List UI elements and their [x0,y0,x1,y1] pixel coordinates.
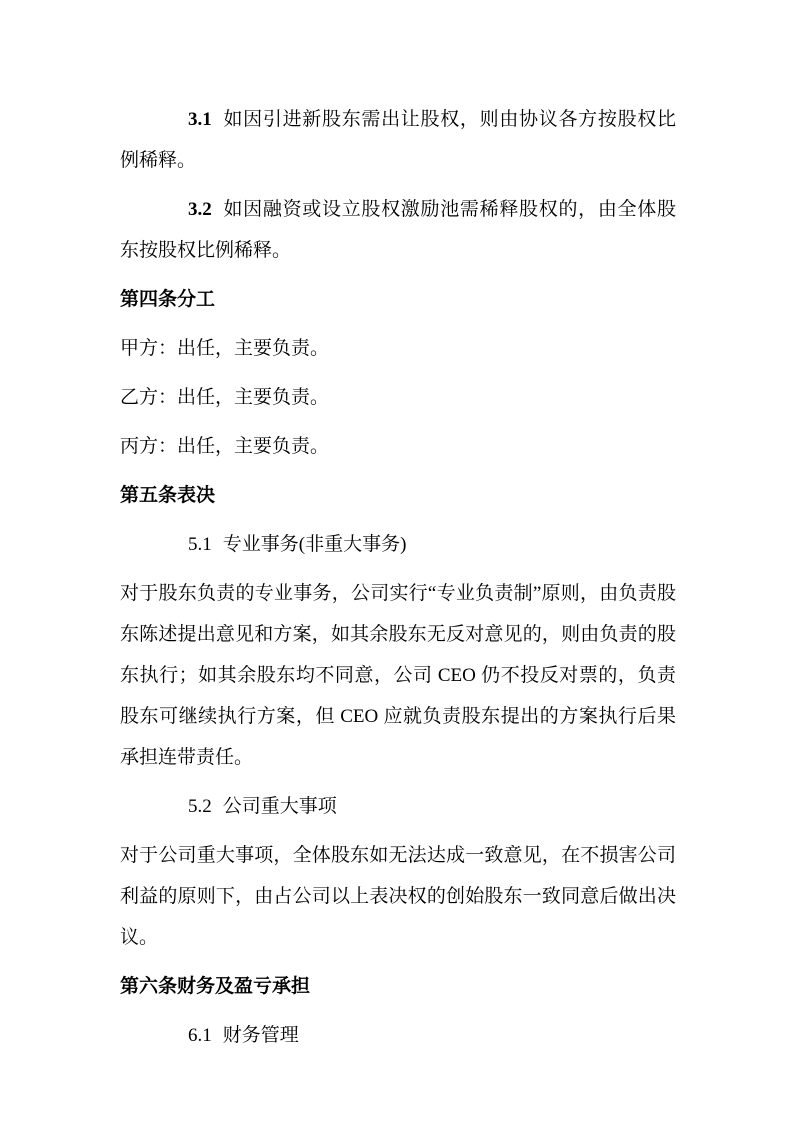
document-page: 3.1如因引进新股东需出让股权，则由协议各方按股权比例稀释。 3.2如因融资或设… [0,0,794,1123]
body-paragraph-major-matters: 对于公司重大事项，全体股东如无法达成一致意见，在不损害公司利益的原则下，由占公司… [120,835,676,958]
clause-text: 公司重大事项 [223,796,337,817]
clause-text: 专业事务(非重大事务) [223,534,407,555]
section-heading-article-4: 第四条分工 [120,279,676,320]
clause-paragraph-6-1: 6.1财务管理 [120,1015,676,1056]
clause-paragraph-5-1: 5.1专业事务(非重大事务) [120,524,676,565]
section-heading-article-5: 第五条表决 [120,475,676,516]
body-paragraph-party-c: 丙方：出任，主要负责。 [120,426,676,467]
body-paragraph-professional-affairs: 对于股东负责的专业事务，公司实行“专业负责制”原则，由负责股东陈述提出意见和方案… [120,573,676,778]
clause-paragraph-3-2: 3.2如因融资或设立股权激励池需稀释股权的，由全体股东按股权比例稀释。 [120,189,676,271]
clause-paragraph-3-1: 3.1如因引进新股东需出让股权，则由协议各方按股权比例稀释。 [120,99,676,181]
clause-number: 3.1 [188,109,212,130]
clause-number: 3.2 [188,199,212,220]
clause-number: 5.1 [188,534,212,555]
clause-number: 5.2 [188,796,212,817]
clause-text: 财务管理 [223,1025,299,1046]
body-paragraph-party-b: 乙方：出任，主要负责。 [120,377,676,418]
clause-paragraph-5-2: 5.2公司重大事项 [120,786,676,827]
body-paragraph-party-a: 甲方：出任，主要负责。 [120,328,676,369]
section-heading-article-6: 第六条财务及盈亏承担 [120,966,676,1007]
clause-number: 6.1 [188,1025,212,1046]
